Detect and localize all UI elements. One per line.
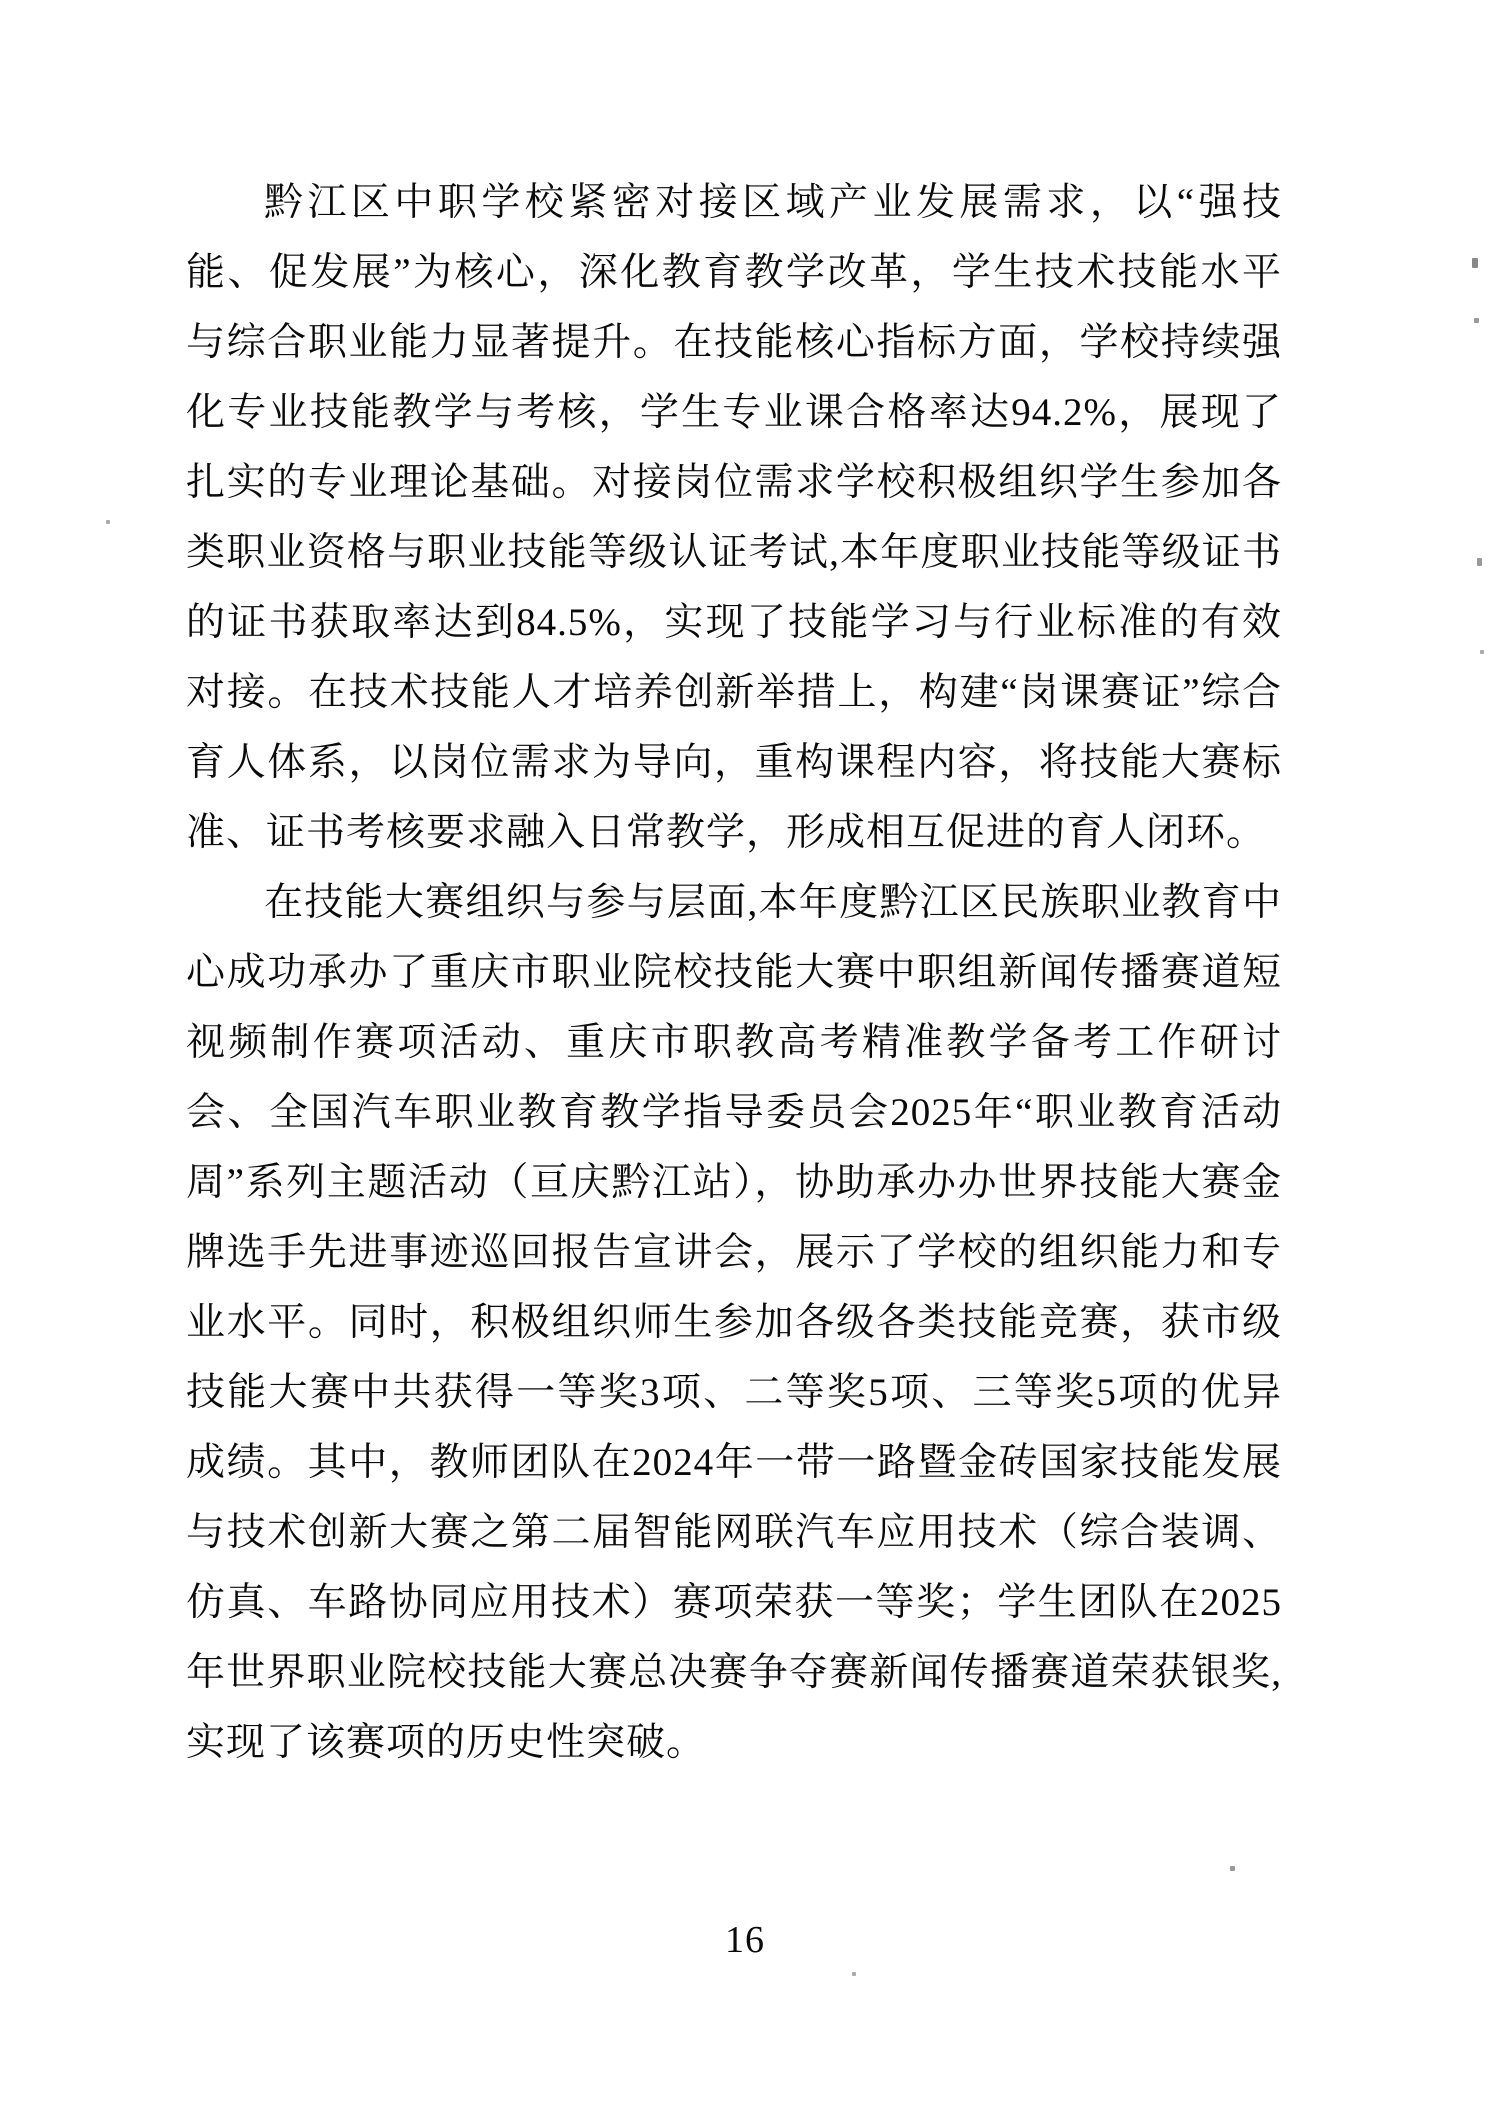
- page-number: 16: [0, 1918, 1490, 1962]
- scan-speckle: [106, 520, 110, 524]
- paragraph-skills-indicators: 黔江区中职学校紧密对接区域产业发展需求，以“强技能、促发展”为核心，深化教育教学…: [186, 168, 1282, 868]
- scan-speckle: [720, 905, 723, 908]
- document-body: 黔江区中职学校紧密对接区域产业发展需求，以“强技能、促发展”为核心，深化教育教学…: [186, 168, 1282, 1778]
- scanned-document-page: 黔江区中职学校紧密对接区域产业发展需求，以“强技能、促发展”为核心，深化教育教学…: [0, 0, 1490, 2104]
- scan-speckle: [1472, 258, 1478, 268]
- scan-speckle: [1474, 318, 1479, 323]
- scan-speckle: [1477, 558, 1482, 566]
- scan-speckle: [1480, 650, 1484, 654]
- scan-speckle: [1230, 1866, 1235, 1871]
- paragraph-competitions: 在技能大赛组织与参与层面,本年度黔江区民族职业教育中心成功承办了重庆市职业院校技…: [186, 868, 1282, 1778]
- scan-speckle: [852, 1972, 856, 1976]
